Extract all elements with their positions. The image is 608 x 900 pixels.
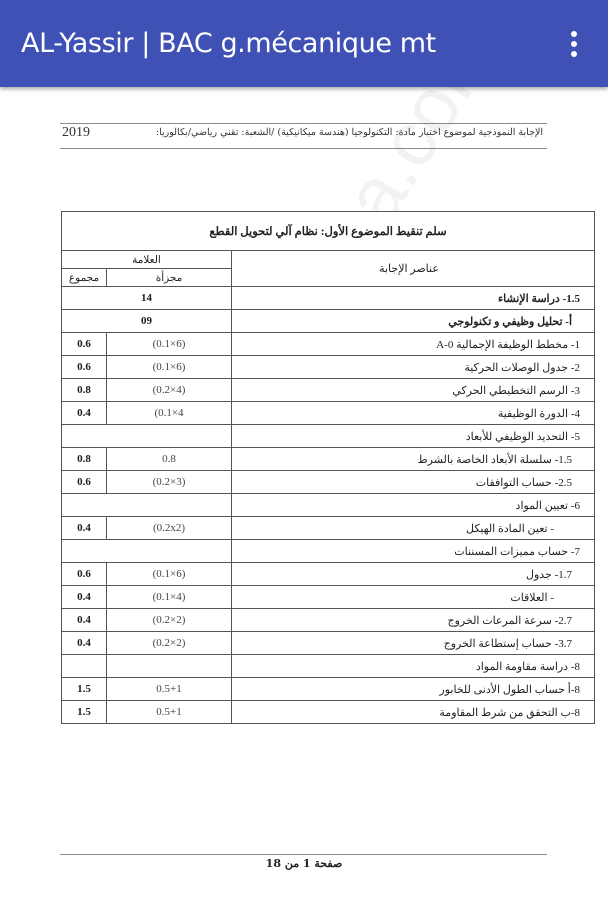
header-text: الإجابة النموذجية لموضوع اختبار مادة: ال… bbox=[156, 127, 543, 138]
element-cell: - العلاقات bbox=[232, 586, 595, 609]
page-number: صفحة 1 من 18 bbox=[0, 857, 608, 870]
grading-table: سلم تنقيط الموضوع الأول: نظام آلي لتحويل… bbox=[61, 211, 595, 724]
element-cell: - تعين المادة الهيكل bbox=[232, 517, 595, 540]
table-row: 0.4 (0.2×2) 2.7- سرعة المرعات الخروج bbox=[62, 609, 595, 632]
document-page[interactable]: eddirasa.com 2019 الإجابة النموذجية لموض… bbox=[0, 87, 608, 900]
partial-cell: (0.1×6) bbox=[107, 333, 232, 356]
table-row: 5- التحديد الوظيفي للأبعاد bbox=[62, 425, 595, 448]
table-title: سلم تنقيط الموضوع الأول: نظام آلي لتحويل… bbox=[62, 212, 595, 251]
total-cell: 0.8 bbox=[62, 379, 107, 402]
merged-grade bbox=[62, 540, 232, 563]
partial-cell: 0.5+1 bbox=[107, 701, 232, 724]
partial-cell: (0.2×2) bbox=[107, 632, 232, 655]
partial-cell: 0.5+1 bbox=[107, 678, 232, 701]
table-row: 0.6 (0.1×6) 1- مخطط الوظيفة الإجمالية A-… bbox=[62, 333, 595, 356]
total-cell: 0.6 bbox=[62, 356, 107, 379]
element-cell: 8-أ حساب الطول الأدنى للخابور bbox=[232, 678, 595, 701]
total-cell: 0.6 bbox=[62, 471, 107, 494]
element-cell: 1- مخطط الوظيفة الإجمالية A-0 bbox=[232, 333, 595, 356]
total-cell: 0.4 bbox=[62, 402, 107, 425]
total-cell: 0.4 bbox=[62, 517, 107, 540]
table-row: 6- تعيين المواد bbox=[62, 494, 595, 517]
element-cell: 1.5- سلسلة الأبعاد الخاصة بالشرط bbox=[232, 448, 595, 471]
header-year: 2019 bbox=[62, 125, 90, 141]
table-row: 8- دراسة مقاومة المواد bbox=[62, 655, 595, 678]
partial-cell: (0.2×2) bbox=[107, 609, 232, 632]
element-cell: 1.7- جدول bbox=[232, 563, 595, 586]
table-row: 1.5 0.5+1 8-أ حساب الطول الأدنى للخابور bbox=[62, 678, 595, 701]
total-cell: 0.6 bbox=[62, 563, 107, 586]
table-row: 09 أ- تحليل وظيفي و تكنولوجي bbox=[62, 310, 595, 333]
partial-cell: (0.1×4 bbox=[107, 402, 232, 425]
app-bar: AL-Yassir | BAC g.mécanique mt bbox=[0, 0, 608, 87]
table-row: 0.4 (0.2x2) - تعين المادة الهيكل bbox=[62, 517, 595, 540]
element-cell: 2.5- حساب التوافقات bbox=[232, 471, 595, 494]
merged-grade: 14 bbox=[62, 287, 232, 310]
element-cell: 3.7- حساب إستطاعة الخروج bbox=[232, 632, 595, 655]
partial-cell: (0.1×6) bbox=[107, 563, 232, 586]
table-row: 0.8 0.8 1.5- سلسلة الأبعاد الخاصة بالشرط bbox=[62, 448, 595, 471]
partial-cell: (0.2×4) bbox=[107, 379, 232, 402]
grade-header: العلامة bbox=[62, 251, 232, 269]
merged-grade: 09 bbox=[62, 310, 232, 333]
total-cell: 0.8 bbox=[62, 448, 107, 471]
total-cell bbox=[62, 655, 107, 678]
table-row: 1.5 0.5+1 8-ب التحقق من شرط المقاومة bbox=[62, 701, 595, 724]
element-cell: 8- دراسة مقاومة المواد bbox=[232, 655, 595, 678]
table-row: 0.6 (0.1×6) 2- جدول الوصلات الحركية bbox=[62, 356, 595, 379]
table-row: 0.8 (0.2×4) 3- الرسم التخطيطي الحركي bbox=[62, 379, 595, 402]
partial-cell: (0.2×3) bbox=[107, 471, 232, 494]
table-row: 14 1.5- دراسة الإنشاء bbox=[62, 287, 595, 310]
document-header: 2019 الإجابة النموذجية لموضوع اختبار ماد… bbox=[60, 123, 547, 149]
table-row: 0.6 (0.1×6) 1.7- جدول bbox=[62, 563, 595, 586]
merged-grade bbox=[62, 494, 232, 517]
total-cell: 0.4 bbox=[62, 632, 107, 655]
element-cell: 1.5- دراسة الإنشاء bbox=[232, 287, 595, 310]
partial-header: مجزأة bbox=[107, 269, 232, 287]
element-cell: 6- تعيين المواد bbox=[232, 494, 595, 517]
partial-cell: (0.1×6) bbox=[107, 356, 232, 379]
element-cell: 8-ب التحقق من شرط المقاومة bbox=[232, 701, 595, 724]
total-header: مجموع bbox=[62, 269, 107, 287]
total-cell: 1.5 bbox=[62, 701, 107, 724]
partial-cell: (0.1×4) bbox=[107, 586, 232, 609]
table-row: 0.6 (0.2×3) 2.5- حساب التوافقات bbox=[62, 471, 595, 494]
partial-cell: (0.2x2) bbox=[107, 517, 232, 540]
total-cell: 1.5 bbox=[62, 678, 107, 701]
element-cell: أ- تحليل وظيفي و تكنولوجي bbox=[232, 310, 595, 333]
footer-divider bbox=[60, 854, 547, 855]
element-cell: 7- حساب مميزات المسننات bbox=[232, 540, 595, 563]
total-cell: 0.4 bbox=[62, 586, 107, 609]
element-cell: 5- التحديد الوظيفي للأبعاد bbox=[232, 425, 595, 448]
elements-header: عناصر الإجابة bbox=[232, 251, 595, 287]
table-row: 0.4 (0.1×4 4- الدورة الوظيفية bbox=[62, 402, 595, 425]
table-row: 0.4 (0.1×4) - العلاقات bbox=[62, 586, 595, 609]
app-title: AL-Yassir | BAC g.mécanique mt bbox=[21, 24, 436, 64]
table-row: 0.4 (0.2×2) 3.7- حساب إستطاعة الخروج bbox=[62, 632, 595, 655]
merged-grade bbox=[62, 425, 232, 448]
table-row: 7- حساب مميزات المسننات bbox=[62, 540, 595, 563]
total-cell: 0.4 bbox=[62, 609, 107, 632]
element-cell: 4- الدورة الوظيفية bbox=[232, 402, 595, 425]
element-cell: 2.7- سرعة المرعات الخروج bbox=[232, 609, 595, 632]
partial-cell bbox=[107, 655, 232, 678]
element-cell: 3- الرسم التخطيطي الحركي bbox=[232, 379, 595, 402]
partial-cell: 0.8 bbox=[107, 448, 232, 471]
total-cell: 0.6 bbox=[62, 333, 107, 356]
element-cell: 2- جدول الوصلات الحركية bbox=[232, 356, 595, 379]
more-vert-icon[interactable] bbox=[556, 26, 592, 62]
